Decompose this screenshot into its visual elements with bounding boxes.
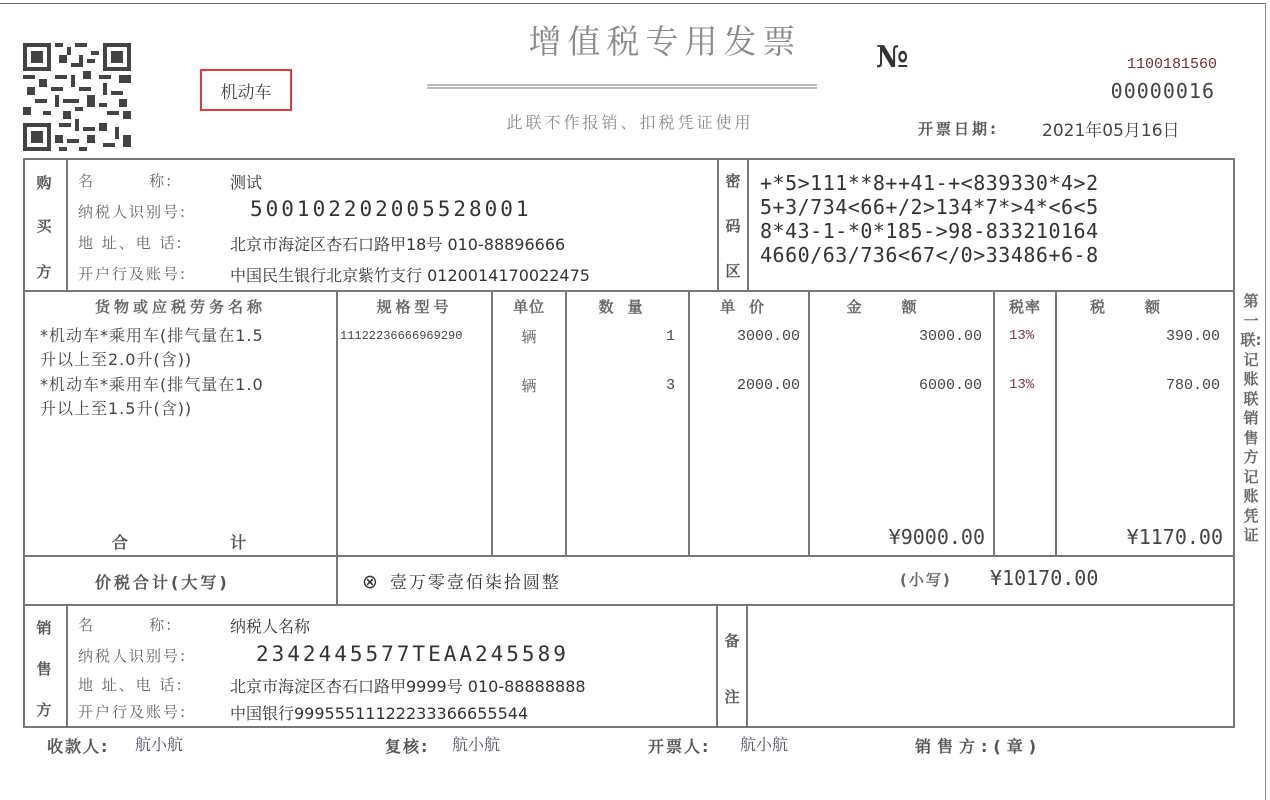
invoice-code: 1100181560 [1127,56,1217,73]
cipher-text: +*5>111**8++41-+<839330*4>2 5+3/734<66+/… [760,171,1099,267]
buyer-tax-id-value: 500102202005528001 [250,197,532,221]
item-unit: 辆 [493,326,565,347]
issue-date-value: 2021年05月16日 [1042,116,1180,141]
seller-bank-value: 中国银行9995551112223336665554​4 [230,701,528,724]
cipher-line: 5+3/734<66+/2>134*7*>4*<6<5 [760,195,1099,219]
reviewer-label: 复核: [385,734,429,757]
seller-side-label-2: 售 [24,658,64,679]
item-name-line: *机动车*乘用车(排气量在1.5 [40,324,330,348]
col-header-name: 货物或应税劳务名称 [25,296,336,317]
remarks-side-label-2: 注 [712,686,752,707]
cipher-side-label-2: 码 [713,215,753,236]
item-unit-price: 2000.00 [690,377,800,394]
total-amount: ¥9000.00 [810,525,985,549]
reviewer-value: 航小航 [452,732,500,755]
number-sign: № [876,40,909,75]
buyer-bank-value: 中国民生银行北京紫竹支行 0120014170022475 [230,263,590,286]
item-name: *机动车*乘用车(排气量在1.5 升以上至2.0升(含)) [40,324,330,372]
item-name: *机动车*乘用车(排气量在1.0 升以上至1.5升(含)) [40,373,330,421]
col-header-unit-price: 单价 [690,296,808,317]
seller-seal-label: 销售方:(章) [915,734,1042,757]
buyer-address-label: 地 址、电 话: [78,232,184,253]
item-amount: 3000.00 [810,328,982,345]
item-tax-amount: 780.00 [1057,377,1220,394]
buyer-side-label-2: 买 [24,215,64,236]
item-tax-amount: 390.00 [1057,328,1220,345]
item-tax-rate: 13% [1009,328,1034,344]
seller-name-value: 纳税人名称 [230,614,310,637]
seller-name-label: 名 称: [78,614,173,635]
payee-value: 航小航 [135,732,183,755]
item-name-line: 升以上至2.0升(含)) [40,348,330,372]
total-label-1: 合 [112,530,128,553]
payee-label: 收款人: [47,734,109,757]
buyer-tax-id-label: 纳税人识别号: [78,201,187,222]
col-header-tax-rate: 税率 [995,296,1055,317]
buyer-side-label-3: 方 [24,261,64,282]
item-name-line: 升以上至1.5升(含)) [40,397,330,421]
issuer-value: 航小航 [740,732,788,755]
grand-total-small-label: (小写) [900,569,952,590]
col-header-tax-amount: 税额 [1057,296,1233,317]
issuer-label: 开票人: [648,734,710,757]
total-label-2: 计 [230,530,246,553]
issue-date-label: 开票日期: [918,118,999,139]
seller-bank-label: 开户行及账号: [78,701,187,722]
title-double-rule [427,84,817,89]
total-tax: ¥1170.00 [1057,525,1223,549]
buyer-name-label: 名 称: [78,170,173,191]
vehicle-tag: 机动车 [200,69,292,111]
col-header-quantity: 数量 [567,296,688,317]
grand-total-words-value: 壹万零壹佰柒拾圆整 [390,573,561,593]
cipher-line: +*5>111**8++41-+<839330*4>2 [760,171,1099,195]
page-top-border [0,3,1266,4]
grand-total-label: 价税合计(大写) [95,570,230,593]
seller-side-label-3: 方 [24,699,64,720]
cipher-line: 8*43-1-*0*185->98-833210164 [760,219,1099,243]
buyer-name-value: 测试 [230,170,262,193]
buyer-bank-label: 开户行及账号: [78,263,187,284]
item-quantity: 3 [567,377,675,394]
grand-total-small-value: ¥10170.00 [990,566,1098,590]
buyer-address-value: 北京市海淀区杏石口路甲18号 010-88896666 [230,232,565,255]
cipher-line: 4660/63/736<67</0>33486+6-8 [760,243,1099,267]
seller-tax-id-label: 纳税人识别号: [78,645,187,666]
item-spec: 11122236666969290 [340,329,462,343]
buyer-side-label-1: 购 [24,172,64,193]
col-header-spec: 规格型号 [338,296,491,317]
item-name-line: *机动车*乘用车(排气量在1.0 [40,373,330,397]
col-header-unit: 单位 [493,296,565,317]
item-amount: 6000.00 [810,377,982,394]
item-quantity: 1 [567,328,675,345]
seller-tax-id-value: 2342445577TEAA245589 [256,642,569,666]
item-unit: 辆 [493,375,565,396]
grand-total-words: ⊗壹万零壹佰柒拾圆整 [362,568,561,593]
qr-code-icon [23,43,131,151]
page-right-border [1265,3,1266,800]
item-unit-price: 3000.00 [690,328,800,345]
cipher-side-label-1: 密 [713,170,753,191]
seller-address-value: 北京市海淀区杏石口路甲9999号 010-88888888 [230,674,586,697]
item-tax-rate: 13% [1009,377,1034,393]
cipher-side-label-3: 区 [713,260,753,281]
invoice-title: 增值税专用发票 [470,16,860,63]
cross-circle-icon: ⊗ [362,571,380,593]
invoice-subtitle: 此联不作报销、扣税凭证使用 [470,110,790,133]
seller-side-label-1: 销 [24,617,64,638]
col-header-amount: 金额 [810,296,993,317]
copy-note-vertical: 第一联:记账联 销售方记账凭证 [1240,292,1262,546]
seller-address-label: 地 址、电 话: [78,674,184,695]
invoice-number: 00000016 [1111,79,1215,103]
remarks-side-label-1: 备 [712,630,752,651]
